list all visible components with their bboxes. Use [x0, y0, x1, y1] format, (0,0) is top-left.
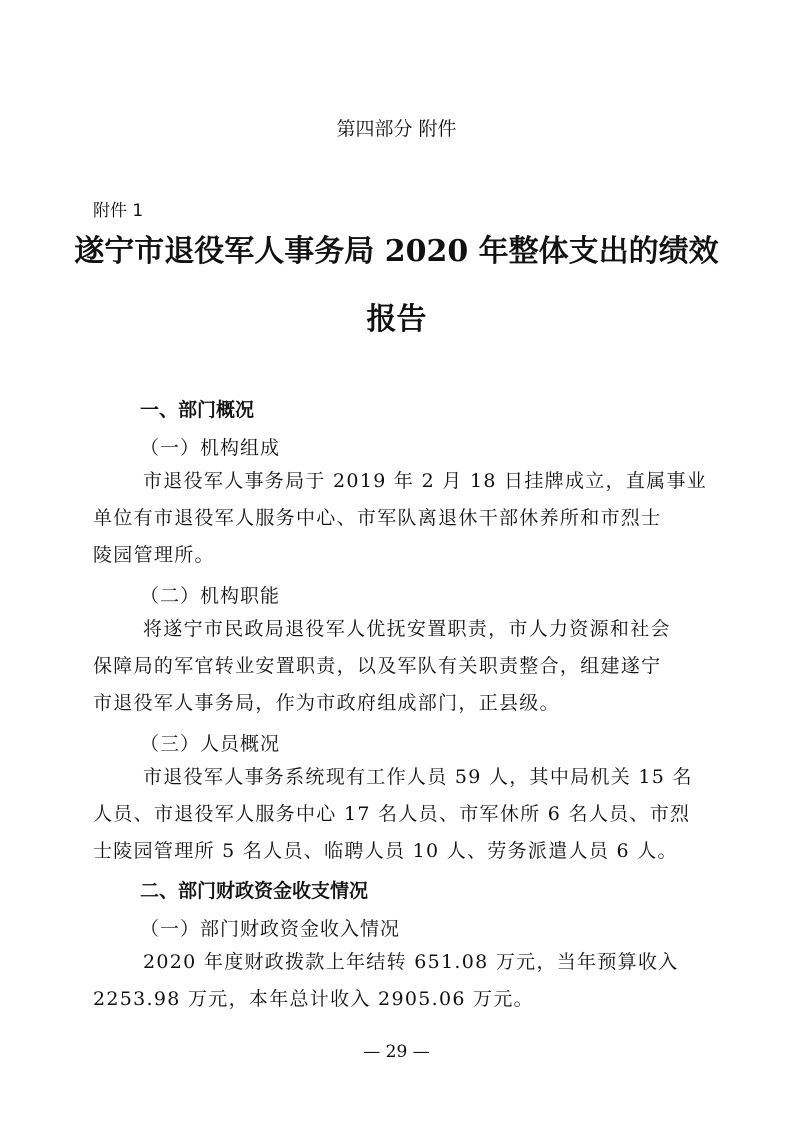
- paragraph-line: 2020 年度财政拨款上年结转 651.08 万元，当年预算收入: [93, 944, 703, 981]
- paragraph-line: 市退役军人事务局，作为市政府组成部门，正县级。: [93, 685, 703, 722]
- paragraph-line: 单位有市退役军人服务中心、市军队离退休干部休养所和市烈士: [93, 500, 703, 537]
- paragraph-income: 2020 年度财政拨款上年结转 651.08 万元，当年预算收入 2253.98…: [93, 944, 703, 1018]
- paragraph-line: 人员、市退役军人服务中心 17 名人员、市军休所 6 名人员、市烈: [93, 796, 703, 833]
- paragraph-line: 士陵园管理所 5 名人员、临聘人员 10 人、劳务派遣人员 6 人。: [93, 833, 703, 870]
- paragraph-line: 将遂宁市民政局退役军人优抚安置职责，市人力资源和社会: [93, 611, 703, 648]
- paragraph-line: 2253.98 万元，本年总计收入 2905.06 万元。: [93, 981, 703, 1018]
- subsection-heading-composition: （一）机构组成: [140, 433, 280, 460]
- paragraph-line: 保障局的军官转业安置职责，以及军队有关职责整合，组建遂宁: [93, 648, 703, 685]
- paragraph-functions: 将遂宁市民政局退役军人优抚安置职责，市人力资源和社会 保障局的军官转业安置职责，…: [93, 611, 703, 722]
- document-page: 第四部分 附件 附件 1 遂宁市退役军人事务局 2020 年整体支出的绩效 报告…: [0, 0, 793, 1122]
- subsection-heading-income: （一）部门财政资金收入情况: [140, 914, 400, 941]
- paragraph-composition: 市退役军人事务局于 2019 年 2 月 18 日挂牌成立，直属事业 单位有市退…: [93, 463, 703, 574]
- report-title-line-1: 遂宁市退役军人事务局 2020 年整体支出的绩效: [0, 226, 793, 270]
- paragraph-line: 市退役军人事务系统现有工作人员 59 人，其中局机关 15 名: [93, 759, 703, 796]
- report-title-line-2: 报告: [0, 294, 793, 338]
- paragraph-personnel: 市退役军人事务系统现有工作人员 59 人，其中局机关 15 名 人员、市退役军人…: [93, 759, 703, 870]
- part-title: 第四部分 附件: [0, 114, 793, 141]
- page-number: — 29 —: [0, 1042, 793, 1062]
- subsection-heading-functions: （二）机构职能: [140, 581, 280, 608]
- paragraph-line: 陵园管理所。: [93, 537, 703, 574]
- section-heading-finance: 二、部门财政资金收支情况: [140, 876, 368, 903]
- paragraph-line: 市退役军人事务局于 2019 年 2 月 18 日挂牌成立，直属事业: [93, 463, 703, 500]
- section-heading-overview: 一、部门概况: [140, 395, 254, 422]
- subsection-heading-personnel: （三）人员概况: [140, 729, 280, 756]
- attachment-label: 附件 1: [93, 196, 143, 221]
